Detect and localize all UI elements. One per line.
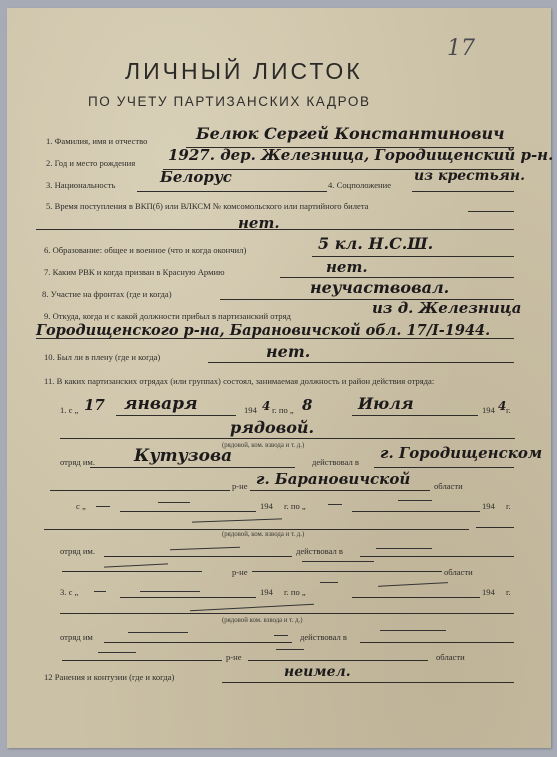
field-8-label: 8. Участие на фронтах (где и когда) xyxy=(42,289,172,299)
to-month: Июля xyxy=(358,394,414,413)
region-value: г. Барановичской xyxy=(256,470,410,488)
field-1-value: Белюк Сергей Константинович xyxy=(196,124,505,143)
field-6-label: 6. Образование: общее и военное (что и к… xyxy=(44,245,246,255)
field-12-label: 12 Ранения и контузии (где и когда) xyxy=(44,672,174,682)
field-9-label: 9. Откуда, когда и с какой должности при… xyxy=(44,311,291,321)
field-10-value: нет. xyxy=(266,342,310,361)
field-9-value-line2: Городищенского р-на, Барановичской обл. … xyxy=(36,322,490,339)
field-2-value: 1927. дер. Железница, Городищенский р-н. xyxy=(168,146,553,164)
district-value: г. Городищенском xyxy=(380,444,542,462)
field-10-label: 10. Был ли в плену (где и когда) xyxy=(44,352,160,362)
to-day: 8 xyxy=(302,396,312,414)
field-11-label: 11. В каких партизанских отрядах (или гр… xyxy=(44,374,514,388)
field-7-value: нет. xyxy=(326,258,368,276)
field-4-value: из крестьян. xyxy=(414,168,525,184)
position-value: рядовой. xyxy=(230,418,314,437)
document-title: ЛИЧНЫЙ ЛИСТОК xyxy=(125,58,363,85)
from-month: января xyxy=(124,394,198,414)
field-2-label: 2. Год и место рождения xyxy=(46,158,135,168)
field-3-label: 3. Национальность xyxy=(46,180,115,190)
detachment-name: Кутузова xyxy=(134,446,232,466)
field-12-value: неимел. xyxy=(284,664,351,680)
field-3-value: Белорус xyxy=(160,168,232,186)
from-day: 17 xyxy=(84,396,105,414)
document-subtitle: ПО УЧЕТУ ПАРТИЗАНСКИХ КАДРОВ xyxy=(88,94,371,109)
field-8-value: неучаствовал. xyxy=(310,278,449,297)
sheet-number: 17 xyxy=(447,36,475,61)
field-5-label: 5. Время поступления в ВКП(б) или ВЛКСМ … xyxy=(46,201,369,211)
field-1-label: 1. Фамилия, имя и отчество xyxy=(46,136,147,146)
field-5-value: нет. xyxy=(238,214,280,232)
field-9-value-line1: из д. Железница xyxy=(372,299,522,317)
field-6-value: 5 кл. Н.С.Ш. xyxy=(318,234,433,253)
field-4-label: 4. Соцположение xyxy=(328,180,391,190)
field-7-label: 7. Каким РВК и когда призван в Красную А… xyxy=(44,267,225,277)
